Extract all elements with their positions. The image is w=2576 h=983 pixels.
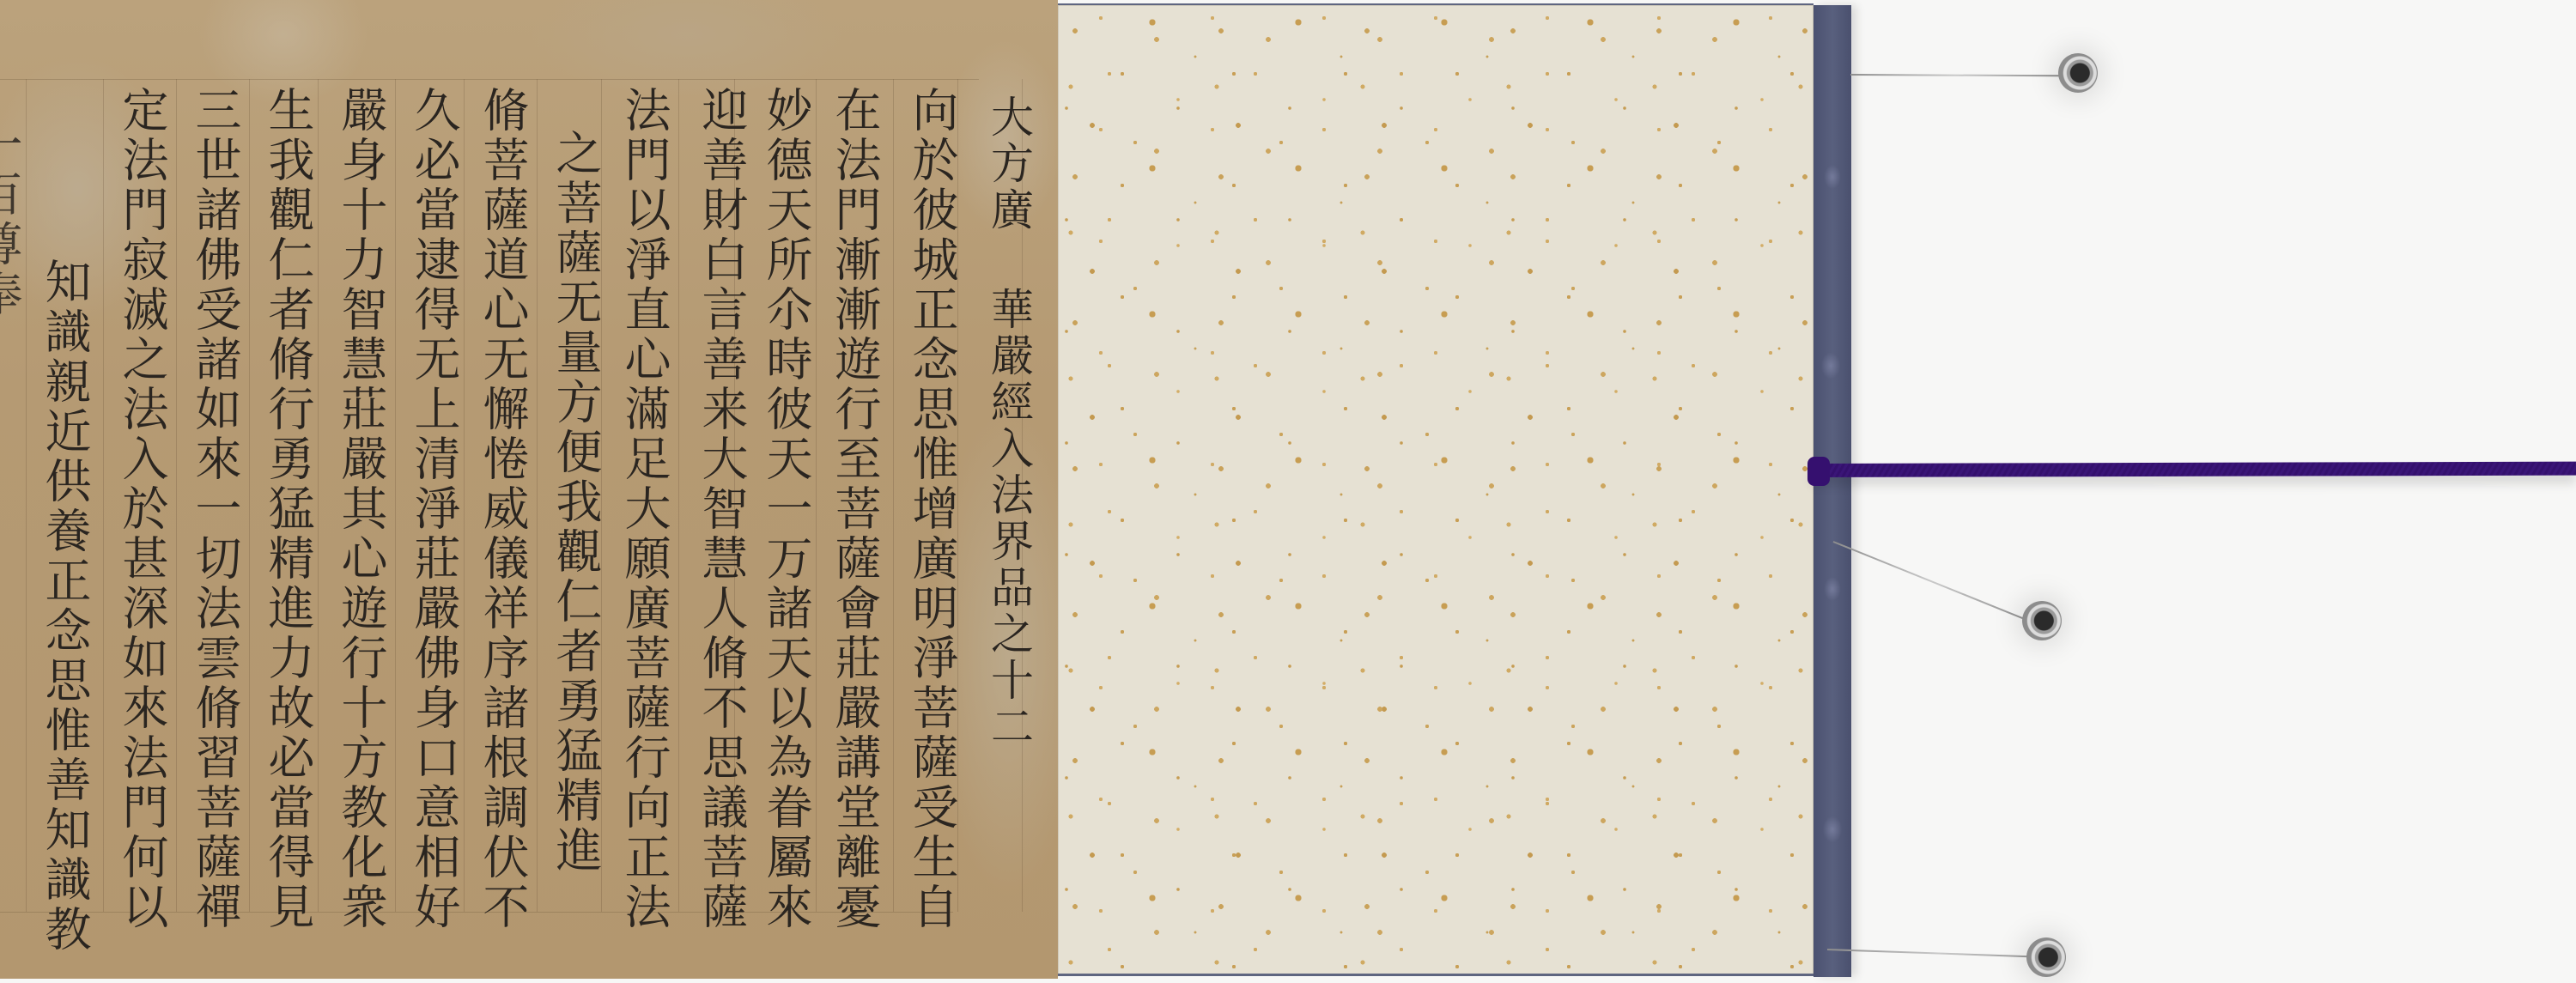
top-pin-wire xyxy=(1850,74,2061,76)
column-rule xyxy=(26,79,27,912)
column-rule xyxy=(678,79,679,912)
bottom-pin-wire xyxy=(1827,949,2050,958)
text-column-12: 定法門寂滅之法入於甚深如來法門何以 xyxy=(112,86,172,932)
frontispiece-bottom-edge xyxy=(1058,974,1814,976)
column-rule xyxy=(893,79,894,912)
text-column-2: 在法門漸漸遊行至菩薩會莊嚴講堂離憂 xyxy=(824,86,884,932)
column-rule xyxy=(537,79,538,912)
bottom-pin-head-icon xyxy=(2026,937,2066,977)
text-column-9: 嚴身十力智慧莊嚴其心遊行十方教化衆 xyxy=(331,86,391,932)
ruled-line-top xyxy=(0,79,979,80)
purple-tie-cord xyxy=(1810,462,2576,477)
column-rule xyxy=(103,79,104,912)
text-column-8: 久必當逮得无上清淨莊嚴佛身口意相好 xyxy=(404,86,464,932)
text-column-13: 知識親近供養正念思惟善知識教 xyxy=(34,258,94,955)
column-rule xyxy=(395,79,396,912)
column-rule xyxy=(464,79,465,912)
sutra-title-column: 大方廣 華嚴經入法界品之十二 xyxy=(979,94,1039,750)
text-column-3: 妙德天所尒時彼天一万諸天以為眷屬來 xyxy=(756,86,816,932)
indigo-silk-mount xyxy=(1814,5,1851,977)
text-column-1: 向於彼城正念思惟增廣明淨菩薩受生自 xyxy=(902,86,962,932)
text-column-10: 生我觀仁者脩行勇猛精進力故必當得見 xyxy=(258,86,318,932)
gold-flecked-frontispiece xyxy=(1058,5,1814,975)
column-rule xyxy=(249,79,250,912)
scroll-photograph: 大方廣 華嚴經入法界品之十二 向於彼城正念思惟增廣明淨菩薩受生自 在法門漸漸遊行… xyxy=(0,0,2576,983)
text-column-5: 法門以淨直心滿足大願廣菩薩行向正法 xyxy=(614,86,674,932)
text-column-11: 三世諸佛受諸如來一切法雲脩習菩薩禪 xyxy=(185,86,245,932)
text-column-4: 迎善財白言善来大智慧人脩不思議菩薩 xyxy=(691,86,751,932)
text-column-6: 之菩薩无量方便我觀仁者勇猛精進 xyxy=(545,129,605,876)
column-rule xyxy=(176,79,177,912)
sutra-paper: 大方廣 華嚴經入法界品之十二 向於彼城正念思惟增廣明淨菩薩受生自 在法門漸漸遊行… xyxy=(0,0,1058,979)
column-rule xyxy=(816,79,817,912)
text-column-7: 脩菩薩道心无懈惓威儀祥序諸根調伏不 xyxy=(472,86,532,932)
text-column-14-partial: 一百尊奉 xyxy=(0,120,26,319)
middle-pin-wire xyxy=(1833,541,2033,623)
middle-pin-head-icon xyxy=(2022,601,2062,640)
cord-knot xyxy=(1807,457,1830,486)
column-rule xyxy=(318,79,319,912)
top-pin-head-icon xyxy=(2058,53,2098,93)
